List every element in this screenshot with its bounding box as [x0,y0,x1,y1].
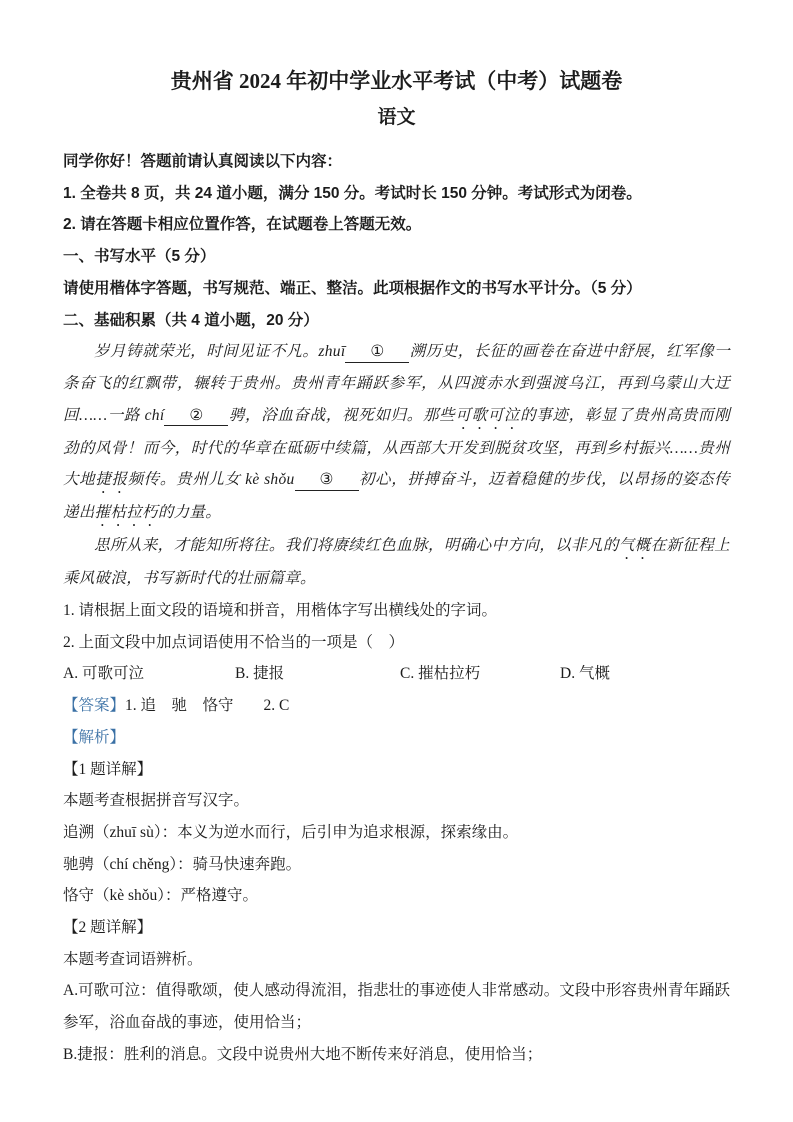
emphasis-word-4: 气概 [619,537,651,554]
detail-1-intro: 本题考查根据拼音写汉字。 [63,785,730,817]
notice-item-2: 2. 请在答题卡相应位置作答，在试题卷上答题无效。 [63,209,730,241]
passage-1-text-7: 的力量。 [158,504,221,521]
notice-greeting: 同学你好！答题前请认真阅读以下内容： [63,146,730,178]
fill-blank-3: ③ [295,471,359,491]
detail-1-item-3: 恪守（kè shǒu）：严格遵守。 [63,880,730,912]
option-d: D. 气概 [560,658,730,690]
option-a: A. 可歌可泣 [63,658,235,690]
subject-title: 语文 [63,98,730,138]
page-content: 贵州省 2024 年初中学业水平考试（中考）试题卷 语文 同学你好！答题前请认真… [0,0,793,1071]
emphasis-word-3: 摧枯拉朽 [95,504,158,521]
answer-q2: 2. C [264,697,290,714]
detail-2-item-b: B.捷报：胜利的消息。文段中说贵州大地不断传来好消息，使用恰当； [63,1039,730,1071]
detail-2-heading: 【2 题详解】 [63,912,730,944]
question-1: 1. 请根据上面文段的语境和拼音，用楷体字写出横线处的字词。 [63,595,730,627]
emphasis-word-1: 可歌可泣 [455,407,520,424]
emphasis-word-2: 捷报 [95,471,127,488]
question-2-options: A. 可歌可泣 B. 捷报 C. 摧枯拉朽 D. 气概 [63,658,730,690]
passage-paragraph-2: 思所从来，才能知所将往。我们将赓续红色血脉，明确心中方向，以非凡的气概在新征程上… [63,530,730,595]
analysis-label: 【解析】 [63,722,730,754]
exam-paper-page: 贵州省 2024 年初中学业水平考试（中考）试题卷 语文 同学你好！答题前请认真… [0,0,793,1122]
detail-2-item-a: A.可歌可泣：值得歌颂，使人感动得流泪，指悲壮的事迹使人非常感动。文段中形容贵州… [63,975,730,1038]
passage-2-text-1: 思所从来，才能知所将往。我们将赓续红色血脉，明确心中方向，以非凡的 [94,537,619,554]
passage-paragraph-1: 岁月铸就荣光，时间见证不凡。zhuī①溯历史，长征的画卷在奋进中舒展，红军像一条… [63,336,730,530]
section-2-heading: 二、基础积累（共 4 道小题，20 分） [63,305,730,337]
passage-1-text-5: 频传。贵州儿女 kè shǒu [128,471,295,488]
detail-1-item-2: 驰骋（chí chěng）：骑马快速奔跑。 [63,849,730,881]
section-1-heading: 一、书写水平（5 分） [63,241,730,273]
detail-1-item-1: 追溯（zhuī sù）：本义为逆水而行，后引申为追求根源，探索缘由。 [63,817,730,849]
notice-item-1: 1. 全卷共 8 页，共 24 道小题，满分 150 分。考试时长 150 分钟… [63,178,730,210]
question-2: 2. 上面文段中加点词语使用不恰当的一项是（ ） [63,627,730,659]
detail-1-heading: 【1 题详解】 [63,754,730,786]
option-b: B. 捷报 [235,658,400,690]
option-c: C. 摧枯拉朽 [400,658,560,690]
exam-title: 贵州省 2024 年初中学业水平考试（中考）试题卷 [63,64,730,98]
fill-blank-1: ① [345,343,409,363]
passage-1-text-1: 岁月铸就荣光，时间见证不凡。zhuī [94,343,345,360]
fill-blank-2: ② [164,407,228,427]
answer-line: 【答案】1. 追 驰 恪守2. C [63,690,730,722]
passage-1-text-3: 骋，浴血奋战，视死如归。那些 [228,407,455,424]
answer-q1: 1. 追 驰 恪守 [125,697,234,714]
detail-2-intro: 本题考查词语辨析。 [63,944,730,976]
answer-label: 【答案】 [63,697,125,714]
section-1-body: 请使用楷体字答题，书写规范、端正、整洁。此项根据作文的书写水平计分。（5 分） [63,273,730,305]
